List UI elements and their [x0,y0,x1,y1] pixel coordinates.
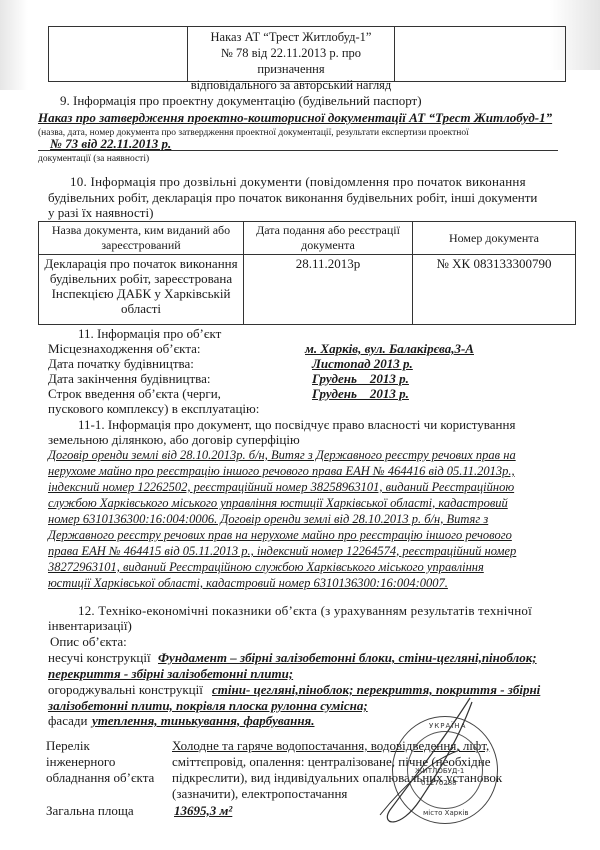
top-table-cell-empty-right [395,27,565,81]
land-doc-line-6: Державного реєстру речових прав на нерух… [48,528,512,543]
signature [360,690,500,850]
equipment-label-2: інженерного [46,754,115,769]
section11-heading: 11. Інформація про об’єкт [78,326,221,341]
header-document-name: Назва документа, ким виданий або зареєст… [39,222,244,255]
equipment-label-1: Перелік [46,738,90,753]
land-doc-line-1: Договір оренди землі від 28.10.2013р. б/… [48,448,516,463]
permits-table-header: Назва документа, ким виданий або зареєст… [39,222,576,255]
section11-1-heading-1: 11-1. Інформація про документ, що посвід… [78,417,515,432]
top-table-cell-empty-left [49,27,188,81]
bearing-value-1: Фундамент – збірні залізобетонні блоки, … [158,650,537,665]
section9-caption-2: документації (за наявності) [38,152,149,167]
land-doc-line-9: юстиції Харківської області, кадастровий… [48,576,448,591]
land-doc-line-8: 38272963101, виданий Реєстраційною служб… [48,560,484,575]
enclosing-label: огороджувальні конструкції [48,682,203,697]
enclosing-value-2: залізобетонні плити, покрівля плоска рул… [48,698,368,713]
table-row: Декларація про початок виконання будівел… [39,255,576,325]
land-doc-line-3: індексний номер 12262502, реєстраційний … [48,480,514,495]
section9-heading: 9. Інформація про проектну документацію … [60,93,422,108]
cell-document-name: Декларація про початок виконання будівел… [39,255,244,325]
top-table-cell-order: Наказ АТ “Трест Житлобуд-1” № 78 від 22.… [188,27,395,81]
end-date-value: Грудень 2013 р. [312,371,409,386]
land-doc-line-2: нерухоме майно про реєстрацію іншого реч… [48,464,515,479]
area-label: Загальна площа [46,803,134,818]
section10-heading-2: будівельних робіт, декларація про почато… [48,190,537,205]
section9-value-2: № 73 від 22.11.2013 р. [50,136,171,151]
land-doc-line-4: службою Харківського міського управління… [48,496,508,511]
area-value: 13695,3 м² [174,803,232,818]
section12-heading-2: інвентаризації) [48,618,132,633]
description-label: Опис об’єкта: [50,634,127,649]
section11-1-heading-2: земельною ділянкою, або договір суперфіц… [48,432,300,447]
equipment-label-3: обладнання об’єкта [46,770,154,785]
commissioning-value: Грудень 2013 р. [312,386,409,401]
scan-shadow-left [0,0,28,90]
land-doc-line-7: права ЕАН № 464415 від 05.11.2013 р., ін… [48,544,516,559]
section12-heading-1: 12. Техніко-економічні показники об’єкта… [78,603,532,618]
cell-number: № ХК 083133300790 [413,255,576,325]
order-line-3: відповідального за авторський нагляд [188,77,394,93]
start-date-label: Дата початку будівництва: [48,356,194,371]
section10-heading-3: у разі їх наявності) [48,205,153,220]
bearing-value-2: перекриття - збірні залізобетонні плити; [48,666,293,681]
header-date: Дата подання або реєстрації документа [244,222,413,255]
equipment-line-4: (зазначити), електропостачання [172,786,347,801]
order-line-1: Наказ АТ “Трест Житлобуд-1” [188,29,394,45]
facade-value: утеплення, тинькування, фарбування. [92,713,315,728]
land-doc-line-5: номер 6310136300:16:004:0006. Договір ор… [48,512,488,527]
start-date-value: Листопад 2013 р. [312,356,413,371]
top-table-fragment: Наказ АТ “Трест Житлобуд-1” № 78 від 22.… [48,26,566,82]
section9-value-1: Наказ про затвердження проектно-кошторис… [38,110,552,125]
location-value: м. Харків, вул. Балакірєва,3-А [305,341,474,356]
end-date-label: Дата закінчення будівництва: [48,371,210,386]
header-number: Номер документа [413,222,576,255]
cell-date: 28.11.2013р [244,255,413,325]
permits-table: Назва документа, ким виданий або зареєст… [38,221,576,325]
section10-heading-1: 10. Інформація про дозвільні документи (… [70,174,526,189]
bearing-label: несучі конструкції [48,650,151,665]
order-line-2: № 78 від 22.11.2013 р. про призначення [188,45,394,77]
location-label: Місцезнаходження об’єкта: [48,341,201,356]
facade-label: фасади [48,713,87,728]
commissioning-label-1: Строк введення об’єкта (черги, [48,386,221,401]
commissioning-label-2: пускового комплексу) в експлуатацію: [48,401,259,416]
